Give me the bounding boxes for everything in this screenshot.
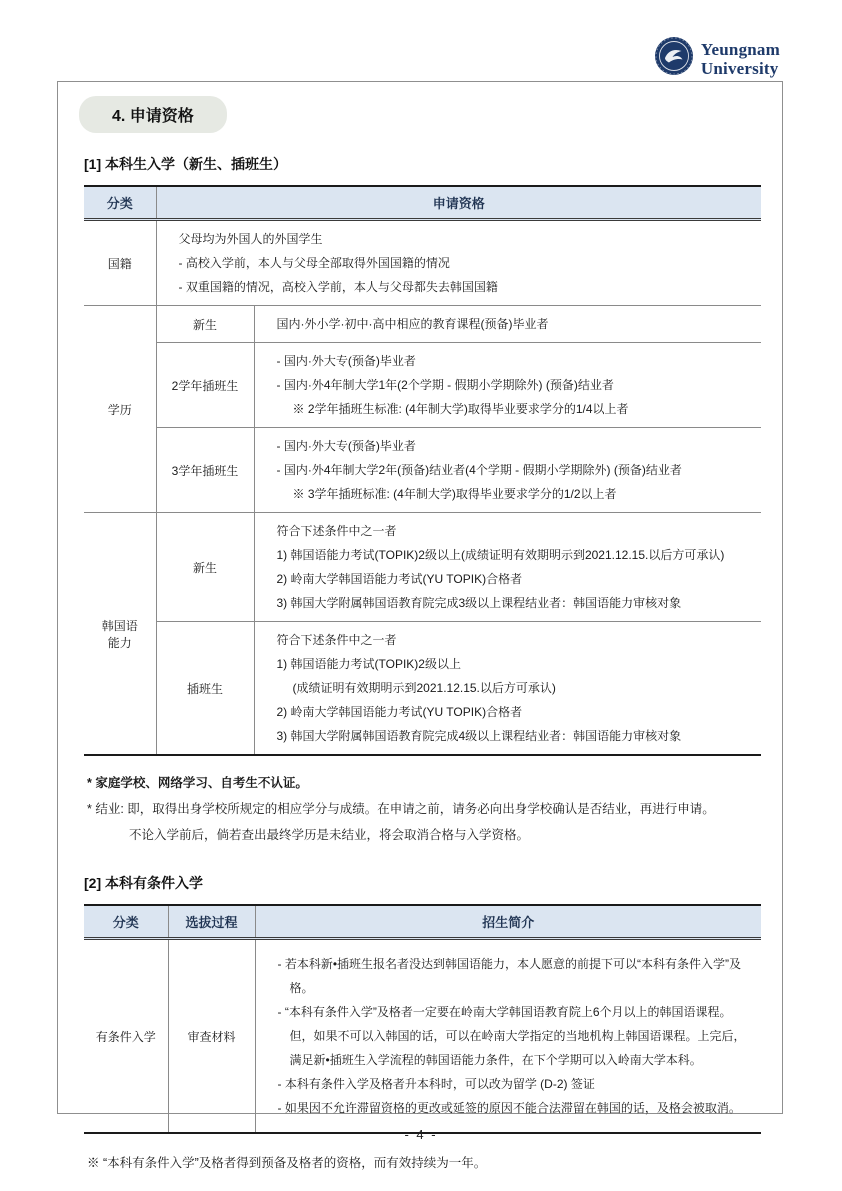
conditional-admission-table: 分类 选拔过程 招生简介 有条件入学 审查材料 - 若本科新•插班生报名者没达到… xyxy=(84,904,761,1134)
text-line: - 本科有条件入学及格者升本科时，可以改为留学 (D-2) 签证 xyxy=(264,1072,754,1096)
text-line: 1) 韩国语能力考试(TOPIK)2级以上(成绩证明有效期明示到2021.12.… xyxy=(263,543,754,567)
table-row-education-freshman: 学历 新生 国内·外小学·初中·高中相应的教育课程(预备)毕业者 xyxy=(84,306,761,343)
page-number: - 4 - xyxy=(0,1127,842,1142)
column-header-process: 选拔过程 xyxy=(168,905,255,939)
column-header-category: 分类 xyxy=(84,186,156,220)
table-row-korean-freshman: 韩国语能力 新生 符合下述条件中之一者1) 韩国语能力考试(TOPIK)2级以上… xyxy=(84,513,761,622)
section1-notes: * 家庭学校、网络学习、自考生不认证。 * 结业: 即，取得出身学校所规定的相应… xyxy=(87,770,756,848)
text-line: - 高校入学前，本人与父母全部取得外国国籍的情况 xyxy=(165,251,754,275)
undergraduate-qualification-table: 分类 申请资格 国籍 父母均为外国人的外国学生- 高校入学前，本人与父母全部取得… xyxy=(84,185,761,756)
korean-freshman-requirements: 符合下述条件中之一者1) 韩国语能力考试(TOPIK)2级以上(成绩证明有效期明… xyxy=(254,513,761,622)
note-completion-definition: * 结业: 即，取得出身学校所规定的相应学分与成绩。在申请之前，请务必向出身学校… xyxy=(87,796,756,822)
table-row-nationality: 国籍 父母均为外国人的外国学生- 高校入学前，本人与父母全部取得外国国籍的情况-… xyxy=(84,220,761,306)
text-line: 2) 岭南大学韩国语能力考试(YU TOPIK)合格者 xyxy=(263,700,754,724)
university-name: Yeungnam University xyxy=(701,40,780,78)
university-name-line1: Yeungnam xyxy=(701,40,780,59)
page-title: 4. 申请资格 xyxy=(79,96,227,133)
text-line: - “本科有条件入学”及格者一定要在岭南大学韩国语教育院上6个月以上的韩国语课程… xyxy=(264,1000,754,1072)
education-transfer2-requirements: - 国内·外大专(预备)毕业者- 国内·外4年制大学1年(2个学期 - 假期小学… xyxy=(254,343,761,428)
text-line: 1) 韩国语能力考试(TOPIK)2级以上 xyxy=(263,652,754,676)
sublabel-transfer2: 2学年插班生 xyxy=(156,343,254,428)
row-label-education: 学历 xyxy=(84,306,156,513)
subsection-2-heading: [2] 本科有条件入学 xyxy=(84,873,756,893)
text-line: 3) 韩国大学附属韩国语教育院完成3级以上课程结业者：韩国语能力审核对象 xyxy=(263,591,754,615)
table-header-row: 分类 申请资格 xyxy=(84,186,761,220)
note-no-certification: * 家庭学校、网络学习、自考生不认证。 xyxy=(87,770,756,796)
text-line: (成绩证明有效期明示到2021.12.15.以后方可承认) xyxy=(263,676,754,700)
table-row-korean-transfer: 插班生 符合下述条件中之一者1) 韩国语能力考试(TOPIK)2级以上(成绩证明… xyxy=(84,622,761,756)
note-completion-consequence: 不论入学前后，倘若查出最终学历是未结业，将会取消合格与入学资格。 xyxy=(87,822,756,848)
column-header-category: 分类 xyxy=(84,905,168,939)
table-row-education-transfer3: 3学年插班生 - 国内·外大专(预备)毕业者- 国内·外4年制大学2年(预备)结… xyxy=(84,428,761,513)
text-line: - 国内·外4年制大学1年(2个学期 - 假期小学期除外) (预备)结业者 xyxy=(263,373,754,397)
column-header-qualification: 申请资格 xyxy=(156,186,761,220)
education-freshman-requirements: 国内·外小学·初中·高中相应的教育课程(预备)毕业者 xyxy=(254,306,761,343)
text-line: - 国内·外大专(预备)毕业者 xyxy=(263,349,754,373)
sublabel-korean-freshman: 新生 xyxy=(156,513,254,622)
text-line: 符合下述条件中之一者 xyxy=(263,628,754,652)
conditional-admission-details: - 若本科新•插班生报名者没达到韩国语能力，本人愿意的前提下可以“本科有条件入学… xyxy=(255,939,761,1134)
content-frame: 4. 申请资格 [1] 本科生入学（新生、插班生） 分类 申请资格 国籍 父母均… xyxy=(57,81,783,1114)
table-header-row: 分类 选拔过程 招生简介 xyxy=(84,905,761,939)
text-line: 国内·外小学·初中·高中相应的教育课程(预备)毕业者 xyxy=(263,312,754,336)
text-line: - 如果因不允许滞留资格的更改或延签的原因不能合法滞留在韩国的话，及格会被取消。 xyxy=(264,1096,754,1120)
text-line: ※ 3学年插班标准: (4年制大学)取得毕业要求学分的1/2以上者 xyxy=(263,482,754,506)
university-name-line2: University xyxy=(701,59,779,78)
text-line: - 若本科新•插班生报名者没达到韩国语能力，本人愿意的前提下可以“本科有条件入学… xyxy=(264,952,754,1000)
nationality-requirements: 父母均为外国人的外国学生- 高校入学前，本人与父母全部取得外国国籍的情况- 双重… xyxy=(156,220,761,306)
university-logo: Yeungnam University xyxy=(654,36,780,81)
table-row-conditional: 有条件入学 审查材料 - 若本科新•插班生报名者没达到韩国语能力，本人愿意的前提… xyxy=(84,939,761,1134)
text-line: 3) 韩国大学附属韩国语教育院完成4级以上课程结业者：韩国语能力审核对象 xyxy=(263,724,754,748)
sublabel-freshman: 新生 xyxy=(156,306,254,343)
text-line: 父母均为外国人的外国学生 xyxy=(165,227,754,251)
row-label-nationality: 国籍 xyxy=(84,220,156,306)
table-row-education-transfer2: 2学年插班生 - 国内·外大专(预备)毕业者- 国内·外4年制大学1年(2个学期… xyxy=(84,343,761,428)
korean-transfer-requirements: 符合下述条件中之一者1) 韩国语能力考试(TOPIK)2级以上(成绩证明有效期明… xyxy=(254,622,761,756)
row-label-review-materials: 审查材料 xyxy=(168,939,255,1134)
text-line: 符合下述条件中之一者 xyxy=(263,519,754,543)
text-line: 2) 岭南大学韩国语能力考试(YU TOPIK)合格者 xyxy=(263,567,754,591)
education-transfer3-requirements: - 国内·外大专(预备)毕业者- 国内·外4年制大学2年(预备)结业者(4个学期… xyxy=(254,428,761,513)
text-line: - 国内·外4年制大学2年(预备)结业者(4个学期 - 假期小学期除外) (预备… xyxy=(263,458,754,482)
sublabel-korean-transfer: 插班生 xyxy=(156,622,254,756)
sublabel-transfer3: 3学年插班生 xyxy=(156,428,254,513)
text-line: - 国内·外大专(预备)毕业者 xyxy=(263,434,754,458)
row-label-korean-ability: 韩国语能力 xyxy=(84,513,156,756)
text-line: - 双重国籍的情况，高校入学前，本人与父母都失去韩国国籍 xyxy=(165,275,754,299)
row-label-conditional-admission: 有条件入学 xyxy=(84,939,168,1134)
column-header-intro: 招生简介 xyxy=(255,905,761,939)
section2-note: ※ “本科有条件入学”及格者得到预备及格者的资格，而有效持续为一年。 xyxy=(87,1151,756,1175)
subsection-1-heading: [1] 本科生入学（新生、插班生） xyxy=(84,154,756,174)
text-line: ※ 2学年插班生标准: (4年制大学)取得毕业要求学分的1/4以上者 xyxy=(263,397,754,421)
university-emblem-icon xyxy=(654,36,694,81)
